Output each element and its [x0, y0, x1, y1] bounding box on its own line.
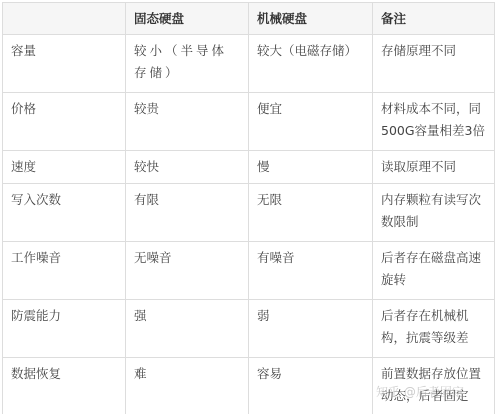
cell-ssd: 强 [126, 300, 249, 358]
header-cell-ssd: 固态硬盘 [126, 3, 249, 35]
comparison-table-container: 固态硬盘 机械硬盘 备注 容量 较小（半导体存储） 较大（电磁存储） 存储原理不… [2, 2, 494, 414]
cell-note: 内存颗粒有读写次数限制 [373, 184, 495, 242]
table-row-capacity: 容量 较小（半导体存储） 较大（电磁存储） 存储原理不同 [3, 35, 495, 93]
cell-ssd: 难 [126, 358, 249, 414]
cell-note: 前置数据存放位置动态，后者固定 [373, 358, 495, 414]
table-row-write-cycles: 写入次数 有限 无限 内存颗粒有读写次数限制 [3, 184, 495, 242]
cell-ssd: 较小（半导体存储） [126, 35, 249, 93]
cell-attribute: 速度 [3, 151, 126, 184]
cell-note: 材料成本不同，同500G容量相差3倍 [373, 93, 495, 151]
cell-ssd: 较贵 [126, 93, 249, 151]
cell-note: 读取原理不同 [373, 151, 495, 184]
cell-attribute: 价格 [3, 93, 126, 151]
cell-hdd: 较大（电磁存储） [249, 35, 373, 93]
cell-hdd: 容易 [249, 358, 373, 414]
cell-note: 后者存在磁盘高速旋转 [373, 242, 495, 300]
table-row-noise: 工作噪音 无噪音 有噪音 后者存在磁盘高速旋转 [3, 242, 495, 300]
header-cell-note: 备注 [373, 3, 495, 35]
cell-attribute: 防震能力 [3, 300, 126, 358]
cell-attribute: 写入次数 [3, 184, 126, 242]
cell-ssd: 无噪音 [126, 242, 249, 300]
table-row-data-recovery: 数据恢复 难 容易 前置数据存放位置动态，后者固定 [3, 358, 495, 414]
cell-note: 后者存在机械机构，抗震等级差 [373, 300, 495, 358]
cell-hdd: 有噪音 [249, 242, 373, 300]
table-header-row: 固态硬盘 机械硬盘 备注 [3, 3, 495, 35]
header-cell-attribute [3, 3, 126, 35]
cell-attribute: 工作噪音 [3, 242, 126, 300]
cell-ssd: 较快 [126, 151, 249, 184]
cell-hdd: 弱 [249, 300, 373, 358]
table-row-price: 价格 较贵 便宜 材料成本不同，同500G容量相差3倍 [3, 93, 495, 151]
cell-hdd: 无限 [249, 184, 373, 242]
cell-hdd: 便宜 [249, 93, 373, 151]
header-cell-hdd: 机械硬盘 [249, 3, 373, 35]
cell-hdd: 慢 [249, 151, 373, 184]
cell-note: 存储原理不同 [373, 35, 495, 93]
cell-attribute: 数据恢复 [3, 358, 126, 414]
cell-attribute: 容量 [3, 35, 126, 93]
ssd-vs-hdd-comparison-table: 固态硬盘 机械硬盘 备注 容量 较小（半导体存储） 较大（电磁存储） 存储原理不… [2, 2, 495, 414]
table-row-speed: 速度 较快 慢 读取原理不同 [3, 151, 495, 184]
cell-ssd: 有限 [126, 184, 249, 242]
table-row-shock-resistance: 防震能力 强 弱 后者存在机械机构，抗震等级差 [3, 300, 495, 358]
